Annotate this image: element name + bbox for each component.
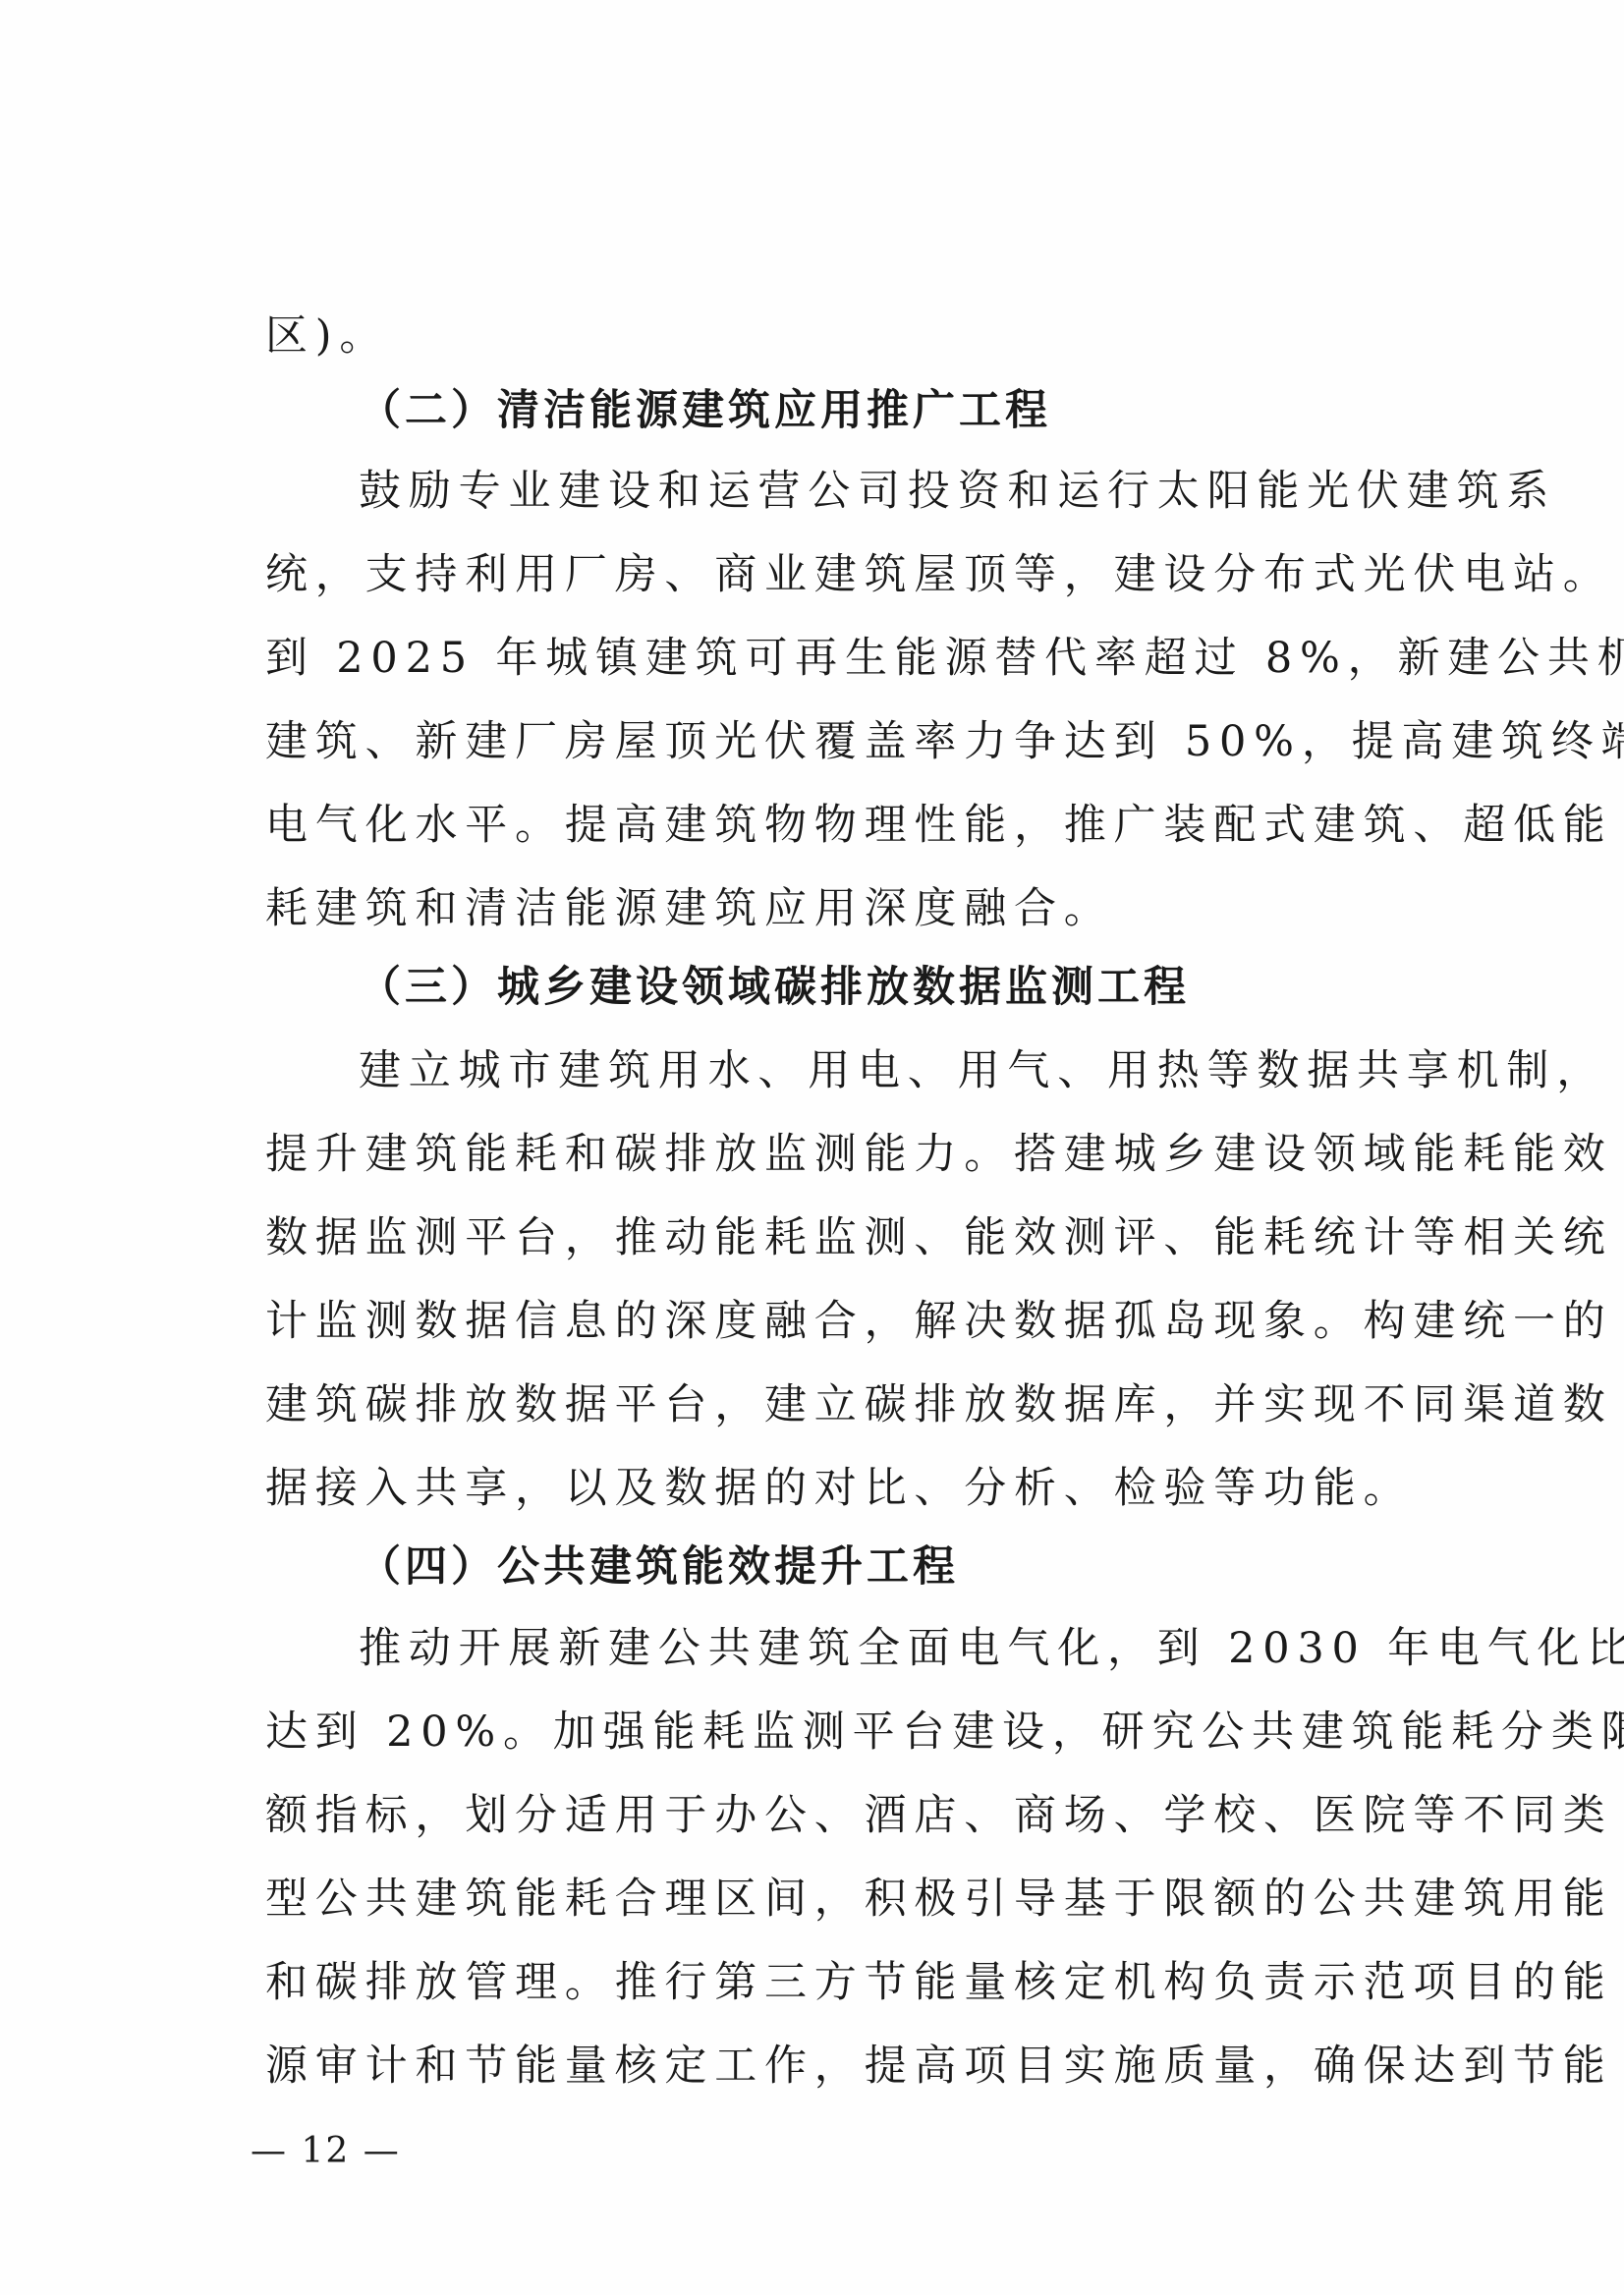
section-heading-4: （四）公共建筑能效提升工程	[359, 1538, 959, 1596]
paragraph-line: 建筑、新建厂房屋顶光伏覆盖率力争达到 50%，提高建筑终端	[265, 712, 1624, 771]
paragraph-line: 型公共建筑能耗合理区间，积极引导基于限额的公共建筑用能	[265, 1870, 1613, 1929]
paragraph-line: 推动开展新建公共建筑全面电气化，到 2030 年电气化比例	[359, 1619, 1624, 1678]
paragraph-line: 电气化水平。提高建筑物物理性能，推广装配式建筑、超低能	[265, 796, 1613, 855]
paragraph-line: 提升建筑能耗和碳排放监测能力。搭建城乡建设领域能耗能效	[265, 1125, 1613, 1184]
document-page: 区)。 （二）清洁能源建筑应用推广工程 鼓励专业建设和运营公司投资和运行太阳能光…	[0, 0, 1624, 2295]
paragraph-line: 到 2025 年城镇建筑可再生能源替代率超过 8%，新建公共机构	[265, 629, 1624, 688]
paragraph-line: 耗建筑和清洁能源建筑应用深度融合。	[265, 879, 1114, 938]
section-heading-3: （三）城乡建设领域碳排放数据监测工程	[359, 958, 1190, 1017]
paragraph-line: 建筑碳排放数据平台，建立碳排放数据库，并实现不同渠道数	[265, 1375, 1613, 1434]
continuation-text: 区)。	[265, 307, 389, 365]
paragraph-line: 数据监测平台，推动能耗监测、能效测评、能耗统计等相关统	[265, 1208, 1613, 1267]
paragraph-line: 和碳排放管理。推行第三方节能量核定机构负责示范项目的能	[265, 1953, 1613, 2012]
section-heading-2: （二）清洁能源建筑应用推广工程	[359, 381, 1051, 440]
page-number: — 12 —	[251, 2130, 401, 2173]
paragraph-line: 统，支持利用厂房、商业建筑屋顶等，建设分布式光伏电站。	[265, 545, 1613, 604]
paragraph-line: 鼓励专业建设和运营公司投资和运行太阳能光伏建筑系	[359, 462, 1556, 521]
paragraph-line: 源审计和节能量核定工作，提高项目实施质量，确保达到节能	[265, 2037, 1613, 2096]
paragraph-line: 据接入共享，以及数据的对比、分析、检验等功能。	[265, 1459, 1413, 1518]
paragraph-line: 额指标，划分适用于办公、酒店、商场、学校、医院等不同类	[265, 1786, 1613, 1845]
paragraph-line: 计监测数据信息的深度融合，解决数据孤岛现象。构建统一的	[265, 1292, 1613, 1351]
paragraph-line: 建立城市建筑用水、用电、用气、用热等数据共享机制，	[359, 1041, 1606, 1100]
paragraph-line: 达到 20%。加强能耗监测平台建设，研究公共建筑能耗分类限	[265, 1703, 1624, 1762]
